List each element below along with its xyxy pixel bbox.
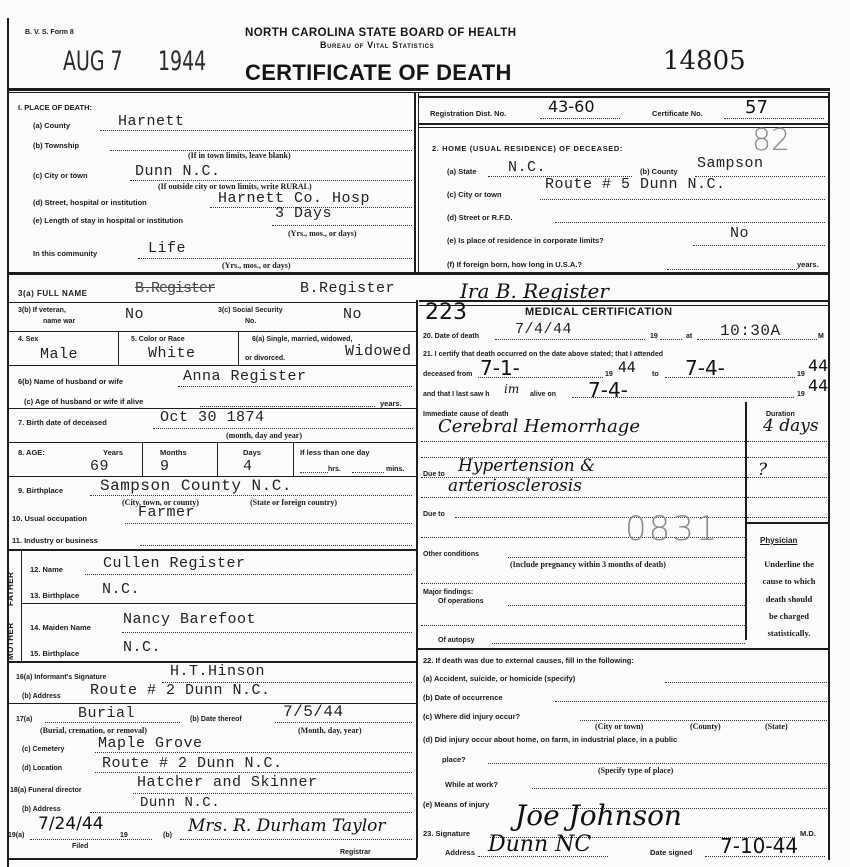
father-name-label: 12. Name xyxy=(30,566,63,574)
last-saw-pronoun[interactable]: im xyxy=(504,383,519,395)
physician-note-5: statistically. xyxy=(750,629,828,638)
registration-dist-value[interactable]: 43-60 xyxy=(548,99,595,115)
attended-from-year[interactable]: 44 xyxy=(618,361,636,375)
cause-line xyxy=(421,625,745,626)
due-to-2-label: Due to xyxy=(423,511,445,518)
location-value[interactable]: Route # 2 Dunn N.C. xyxy=(102,756,283,771)
bottom-rule xyxy=(7,858,417,860)
death-date-label: 20. Date of death xyxy=(423,333,479,340)
father-side-label: FATHER xyxy=(6,572,15,606)
funeral-director-label: 18(a) Funeral director xyxy=(10,787,82,794)
race-label: 5. Color or Race xyxy=(131,336,185,343)
mother-name-value[interactable]: Nancy Barefoot xyxy=(123,612,256,627)
duration-1-value[interactable]: 4 days xyxy=(763,418,819,435)
section-rule-4 xyxy=(417,648,830,650)
last-saw-value[interactable]: 7-4- xyxy=(588,380,628,400)
marital-label-1: 6(a) Single, married, widowed, xyxy=(252,336,352,343)
cell-divider xyxy=(142,443,143,476)
institution-value[interactable]: Harnett Co. Hosp xyxy=(218,191,370,206)
funeral-address-value[interactable]: Dunn N.C. xyxy=(140,796,220,810)
autopsy-line[interactable] xyxy=(492,643,745,644)
row-rule xyxy=(7,302,417,303)
section-rule-1 xyxy=(7,272,830,275)
county-value[interactable]: Harnett xyxy=(118,114,185,129)
birthplace-value[interactable]: Sampson County N.C. xyxy=(100,478,292,494)
funeral-director-value[interactable]: Hatcher and Skinner xyxy=(137,775,318,790)
corporate-limits-line xyxy=(693,245,825,246)
right-page-border xyxy=(828,93,830,860)
veteran-label-2: name war xyxy=(43,318,75,325)
physician-address-label: Address xyxy=(445,849,475,857)
corporate-limits-value[interactable]: No xyxy=(730,226,749,241)
city-label: (c) City or town xyxy=(33,172,88,180)
other-conditions-label: Other conditions xyxy=(423,551,479,558)
received-stamp-year: 1944 xyxy=(158,48,206,75)
home-city-line xyxy=(540,199,825,200)
duration-line xyxy=(747,441,827,442)
physician-box-rule xyxy=(747,522,829,524)
injury-place-label-2: place? xyxy=(442,756,466,764)
immediate-cause-value[interactable]: Cerebral Hemorrhage xyxy=(438,418,640,436)
registration-dist-line xyxy=(540,118,620,119)
spouse-age-line[interactable] xyxy=(200,406,375,407)
funeral-address-label: (b) Address xyxy=(22,806,61,813)
funeral-director-line xyxy=(133,793,412,794)
place-of-death-heading: I. PLACE OF DEATH: xyxy=(18,104,92,112)
other-conditions-hint: (Include pregnancy within 3 months of de… xyxy=(510,561,666,569)
accident-label: (a) Accident, suicide, or homicide (spec… xyxy=(423,675,575,683)
certify-statement: 21. I certify that death occurred on the… xyxy=(423,351,663,358)
filed-line xyxy=(30,839,152,840)
sex-value[interactable]: Male xyxy=(40,347,78,362)
certificate-title: CERTIFICATE OF DEATH xyxy=(245,60,512,86)
physician-signature-label: 23. Signature xyxy=(423,830,470,838)
pencil-cause-code: 0831 xyxy=(625,512,720,546)
physician-note-2: cause to which xyxy=(750,577,828,586)
full-name-label: 3(a) FULL NAME xyxy=(18,290,88,298)
less-day-label: If less than one day xyxy=(300,449,370,457)
full-name-value[interactable]: B.Register xyxy=(300,281,395,296)
age-label: 8. AGE: xyxy=(18,449,45,457)
father-birthplace-value[interactable]: N.C. xyxy=(102,582,140,597)
injury-city-hint: (City or town) xyxy=(595,723,643,731)
location-line xyxy=(95,772,412,773)
accident-line[interactable] xyxy=(665,682,827,683)
cause-line xyxy=(421,477,745,478)
attended-from-year-prefix: 19 xyxy=(605,371,613,378)
registrar-label: Registrar xyxy=(340,849,371,856)
veteran-label-1: 3(b) If veteran, xyxy=(18,307,66,314)
father-name-line xyxy=(85,574,412,575)
township-hint: (If in town limits, leave blank) xyxy=(188,152,291,160)
birth-date-hint: (month, day and year) xyxy=(226,432,302,440)
injury-county-hint: (County) xyxy=(690,723,721,731)
occurrence-date-line[interactable] xyxy=(555,701,827,702)
age-years-value[interactable]: 69 xyxy=(90,459,109,474)
column-divider-top-2 xyxy=(418,93,419,273)
age-months-value[interactable]: 9 xyxy=(160,459,170,474)
disposition-hint: (Burial, cremation, or removal) xyxy=(40,727,147,735)
mother-birthplace-label: 15. Birthplace xyxy=(30,650,79,658)
township-label: (b) Township xyxy=(33,142,79,150)
cause-line xyxy=(421,497,745,498)
row-rule-right xyxy=(419,300,830,302)
occupation-label: 10. Usual occupation xyxy=(12,515,87,523)
form-id: B. V. S. Form 8 xyxy=(25,29,74,36)
header-rule xyxy=(7,88,830,91)
duration-line xyxy=(747,477,827,478)
marital-label-2: or divorced. xyxy=(245,355,285,362)
duration-line xyxy=(747,517,827,518)
foreign-born-line[interactable] xyxy=(667,269,797,270)
last-saw-label: and that I last saw h xyxy=(423,391,490,398)
bureau-name: Bureau of Vital Statistics xyxy=(320,40,434,50)
spouse-age-label: (c) Age of husband or wife if alive xyxy=(24,398,143,406)
physician-heading: Physician xyxy=(760,537,797,545)
death-date-value[interactable]: 7/4/44 xyxy=(515,322,572,337)
cemetery-line xyxy=(95,752,412,753)
death-year-prefix: 19 xyxy=(650,333,658,340)
last-saw-alive-label: alive on xyxy=(530,391,556,398)
physician-note-4: be charged xyxy=(750,612,828,621)
registrar-number: (b) xyxy=(163,832,172,839)
row-rule xyxy=(7,331,417,332)
attended-to-year[interactable]: 44 xyxy=(808,358,828,374)
industry-label: 11. Industry or business xyxy=(12,537,98,545)
parents-side-divider xyxy=(21,551,22,661)
mins-label: mins. xyxy=(386,466,404,473)
home-heading: 2. HOME (USUAL RESIDENCE) OF DECEASED: xyxy=(432,145,623,153)
deceased-signature: Ira B. Register xyxy=(460,281,609,301)
means-of-injury-label: (e) Means of injury xyxy=(423,801,489,809)
row-rule xyxy=(7,442,417,443)
full-name-struck: B.Register xyxy=(135,281,215,296)
registrar-line xyxy=(180,839,412,840)
corporate-limits-label: (e) Is place of residence in corporate l… xyxy=(447,237,604,245)
veteran-value[interactable]: No xyxy=(125,307,144,322)
industry-line[interactable] xyxy=(140,545,412,546)
filed-label: Filed xyxy=(72,843,88,850)
stay-line xyxy=(272,225,412,226)
filed-year-prefix: 19 xyxy=(120,832,128,839)
death-time-value[interactable]: 10:30A xyxy=(720,323,781,339)
other-conditions-line[interactable] xyxy=(508,557,745,558)
county-label: (a) County xyxy=(33,122,70,130)
disposition-number: 17(a) xyxy=(16,716,32,723)
home-county-label: (b) County xyxy=(640,168,678,176)
attended-to-value[interactable]: 7-4- xyxy=(685,358,725,378)
duration-line xyxy=(747,457,827,458)
cause-line xyxy=(421,441,745,442)
state-value[interactable]: N.C. xyxy=(508,160,546,175)
cell-divider xyxy=(217,443,218,476)
community-label: In this community xyxy=(33,250,97,258)
pencil-note: 82 xyxy=(752,126,790,156)
column-divider-bottom xyxy=(416,300,418,858)
physician-note-1: Underline the xyxy=(750,560,828,569)
injury-where-label: (c) Where did injury occur? xyxy=(423,713,520,721)
birth-date-value[interactable]: Oct 30 1874 xyxy=(160,410,265,425)
last-saw-year[interactable]: 44 xyxy=(808,378,828,394)
certificate-number-value[interactable]: 57 xyxy=(745,99,768,117)
cell-divider xyxy=(238,332,239,365)
hrs-line[interactable] xyxy=(300,472,328,473)
stay-hint: (Yrs., mos., or days) xyxy=(288,230,357,238)
cause-line xyxy=(421,583,745,584)
funeral-address-line xyxy=(90,812,412,813)
disposition-value[interactable]: Burial xyxy=(78,706,135,721)
date-signed-value[interactable]: 7-10-44 xyxy=(720,836,798,856)
file-note: 223 xyxy=(425,302,467,324)
death-year-line xyxy=(660,339,682,340)
sex-label: 4. Sex xyxy=(18,336,38,343)
birthplace-hint-state: (State or foreign country) xyxy=(250,499,337,507)
last-saw-year-prefix: 19 xyxy=(797,391,805,398)
certificate-number-label: Certificate No. xyxy=(652,110,703,118)
informant-address-label: (b) Address xyxy=(22,693,61,700)
marital-value[interactable]: Widowed xyxy=(345,344,412,359)
location-label: (d) Location xyxy=(22,765,62,772)
received-stamp-date: AUG 7 xyxy=(63,48,123,75)
street-label: (d) Street or R.F.D. xyxy=(447,214,512,222)
injury-place-hint: (Specify type of place) xyxy=(598,767,673,775)
informant-signature-label: 16(a) Informant's Signature xyxy=(16,674,106,681)
cemetery-label: (c) Cemetery xyxy=(22,746,64,753)
certificate-number-line xyxy=(724,118,824,119)
ssn-value[interactable]: No xyxy=(343,307,362,322)
filed-number: 19(a) xyxy=(8,832,24,839)
spouse-age-unit: years. xyxy=(380,400,402,408)
age-days-value[interactable]: 4 xyxy=(243,459,253,474)
street-line[interactable] xyxy=(555,222,825,223)
birth-date-label: 7. Birth date of deceased xyxy=(18,419,107,427)
informant-signature-value[interactable]: H.T.Hinson xyxy=(170,664,265,679)
informant-address-value[interactable]: Route # 2 Dunn N.C. xyxy=(90,683,271,698)
institution-label: (d) Street, hospital or institution xyxy=(33,199,147,207)
attended-to-label: to xyxy=(652,371,659,378)
spouse-label: 6(b) Name of husband or wife xyxy=(18,378,123,386)
mother-side-label: MOTHER xyxy=(6,622,15,660)
occupation-value[interactable]: Farmer xyxy=(138,505,195,520)
disposition-line xyxy=(45,722,180,723)
attended-from-value[interactable]: 7-1- xyxy=(480,358,520,378)
occurrence-date-label: (b) Date of occurrence xyxy=(423,694,503,702)
row-rule xyxy=(7,365,417,366)
father-birthplace-label: 13. Birthplace xyxy=(30,592,79,600)
agency-name: NORTH CAROLINA STATE BOARD OF HEALTH xyxy=(245,27,516,39)
attended-from-label: deceased from xyxy=(423,371,472,378)
mins-line[interactable] xyxy=(352,472,384,473)
row-rule xyxy=(22,603,417,604)
birthplace-line xyxy=(90,495,412,496)
due-to-1b-value[interactable]: arteriosclerosis xyxy=(448,478,582,495)
home-city-value[interactable]: Route # 5 Dunn N.C. xyxy=(545,177,726,192)
community-line xyxy=(138,258,412,259)
injury-state-hint: (State) xyxy=(765,723,788,731)
row-rule xyxy=(7,703,417,704)
medical-heading: MEDICAL CERTIFICATION xyxy=(525,307,673,318)
race-value[interactable]: White xyxy=(148,346,196,361)
state-label: (a) State xyxy=(447,168,477,176)
city-value[interactable]: Dunn N.C. xyxy=(135,164,221,179)
age-days-label: Days xyxy=(243,449,261,457)
county-line xyxy=(100,130,412,131)
at-label: at xyxy=(686,333,692,340)
cell-divider xyxy=(118,332,119,365)
registrar-signature[interactable]: Mrs. R. Durham Taylor xyxy=(188,818,386,835)
operations-label: Of operations xyxy=(438,598,484,605)
mother-birthplace-value[interactable]: N.C. xyxy=(123,640,161,655)
home-county-value[interactable]: Sampson xyxy=(697,156,764,171)
duration-line xyxy=(747,497,827,498)
ssn-label-1: 3(c) Social Security xyxy=(218,307,283,314)
physician-note-3: death should xyxy=(750,595,828,604)
injury-place-label: (d) Did injury occur about home, on farm… xyxy=(423,736,677,744)
at-work-line[interactable] xyxy=(532,788,827,789)
father-name-value[interactable]: Cullen Register xyxy=(103,556,246,571)
city-line xyxy=(130,180,412,181)
mother-name-line xyxy=(122,632,412,633)
date-signed-label: Date signed xyxy=(650,849,693,857)
birth-date-line xyxy=(153,428,413,429)
community-value[interactable]: Life xyxy=(148,241,186,256)
registration-dist-label: Registration Dist. No. xyxy=(430,110,506,118)
at-work-label: While at work? xyxy=(445,781,498,789)
home-city-label: (c) City or town xyxy=(447,191,502,199)
burial-date-line xyxy=(275,722,412,723)
ssn-label-2: No. xyxy=(245,318,256,325)
m-label: M xyxy=(818,333,824,340)
injury-where-line[interactable] xyxy=(580,720,827,721)
birthplace-label: 9. Birthplace xyxy=(18,487,63,495)
md-label: M.D. xyxy=(800,830,816,838)
external-heading: 22. If death was due to external causes,… xyxy=(423,657,634,665)
operations-line[interactable] xyxy=(508,605,745,606)
column-divider-top xyxy=(414,93,416,273)
hrs-label: hrs. xyxy=(328,466,341,473)
burial-date-hint: (Month, day, year) xyxy=(298,727,362,735)
foreign-born-label: (f) If foreign born, how long in U.S.A.? xyxy=(447,261,582,269)
burial-date-label: (b) Date thereof xyxy=(190,716,242,723)
mother-name-label: 14. Maiden Name xyxy=(30,624,91,632)
state-file-number: 14805 xyxy=(663,48,746,74)
stay-value[interactable]: 3 Days xyxy=(275,206,332,221)
stay-label: (e) Length of stay in hospital or instit… xyxy=(33,217,183,225)
occupation-line xyxy=(125,523,412,524)
community-hint: (Yrs., mos., or days) xyxy=(222,262,291,270)
age-years-label: Years xyxy=(103,449,123,457)
major-findings-label: Major findings: xyxy=(423,589,473,596)
injury-place-line[interactable] xyxy=(488,763,827,764)
cemetery-value[interactable]: Maple Grove xyxy=(98,736,203,751)
cell-divider xyxy=(293,443,294,476)
spouse-line xyxy=(178,386,412,387)
duration-column-divider xyxy=(745,402,747,640)
death-date-line xyxy=(495,339,645,340)
spouse-value[interactable]: Anna Register xyxy=(183,369,307,384)
section-rule-2 xyxy=(7,549,417,551)
registration-top-rule xyxy=(419,96,830,98)
autopsy-label: Of autopsy xyxy=(438,637,475,644)
burial-date-value[interactable]: 7/5/44 xyxy=(283,704,344,720)
foreign-born-unit: years. xyxy=(797,261,819,269)
filed-date-value[interactable]: 7/24/44 xyxy=(38,816,104,833)
physician-address-value[interactable]: Dunn NC xyxy=(488,834,591,856)
attended-to-year-prefix: 19 xyxy=(797,371,805,378)
age-months-label: Months xyxy=(160,449,187,457)
due-to-1a-value[interactable]: Hypertension & xyxy=(458,458,595,475)
physician-signature-value[interactable]: Joe Johnson xyxy=(515,802,682,830)
